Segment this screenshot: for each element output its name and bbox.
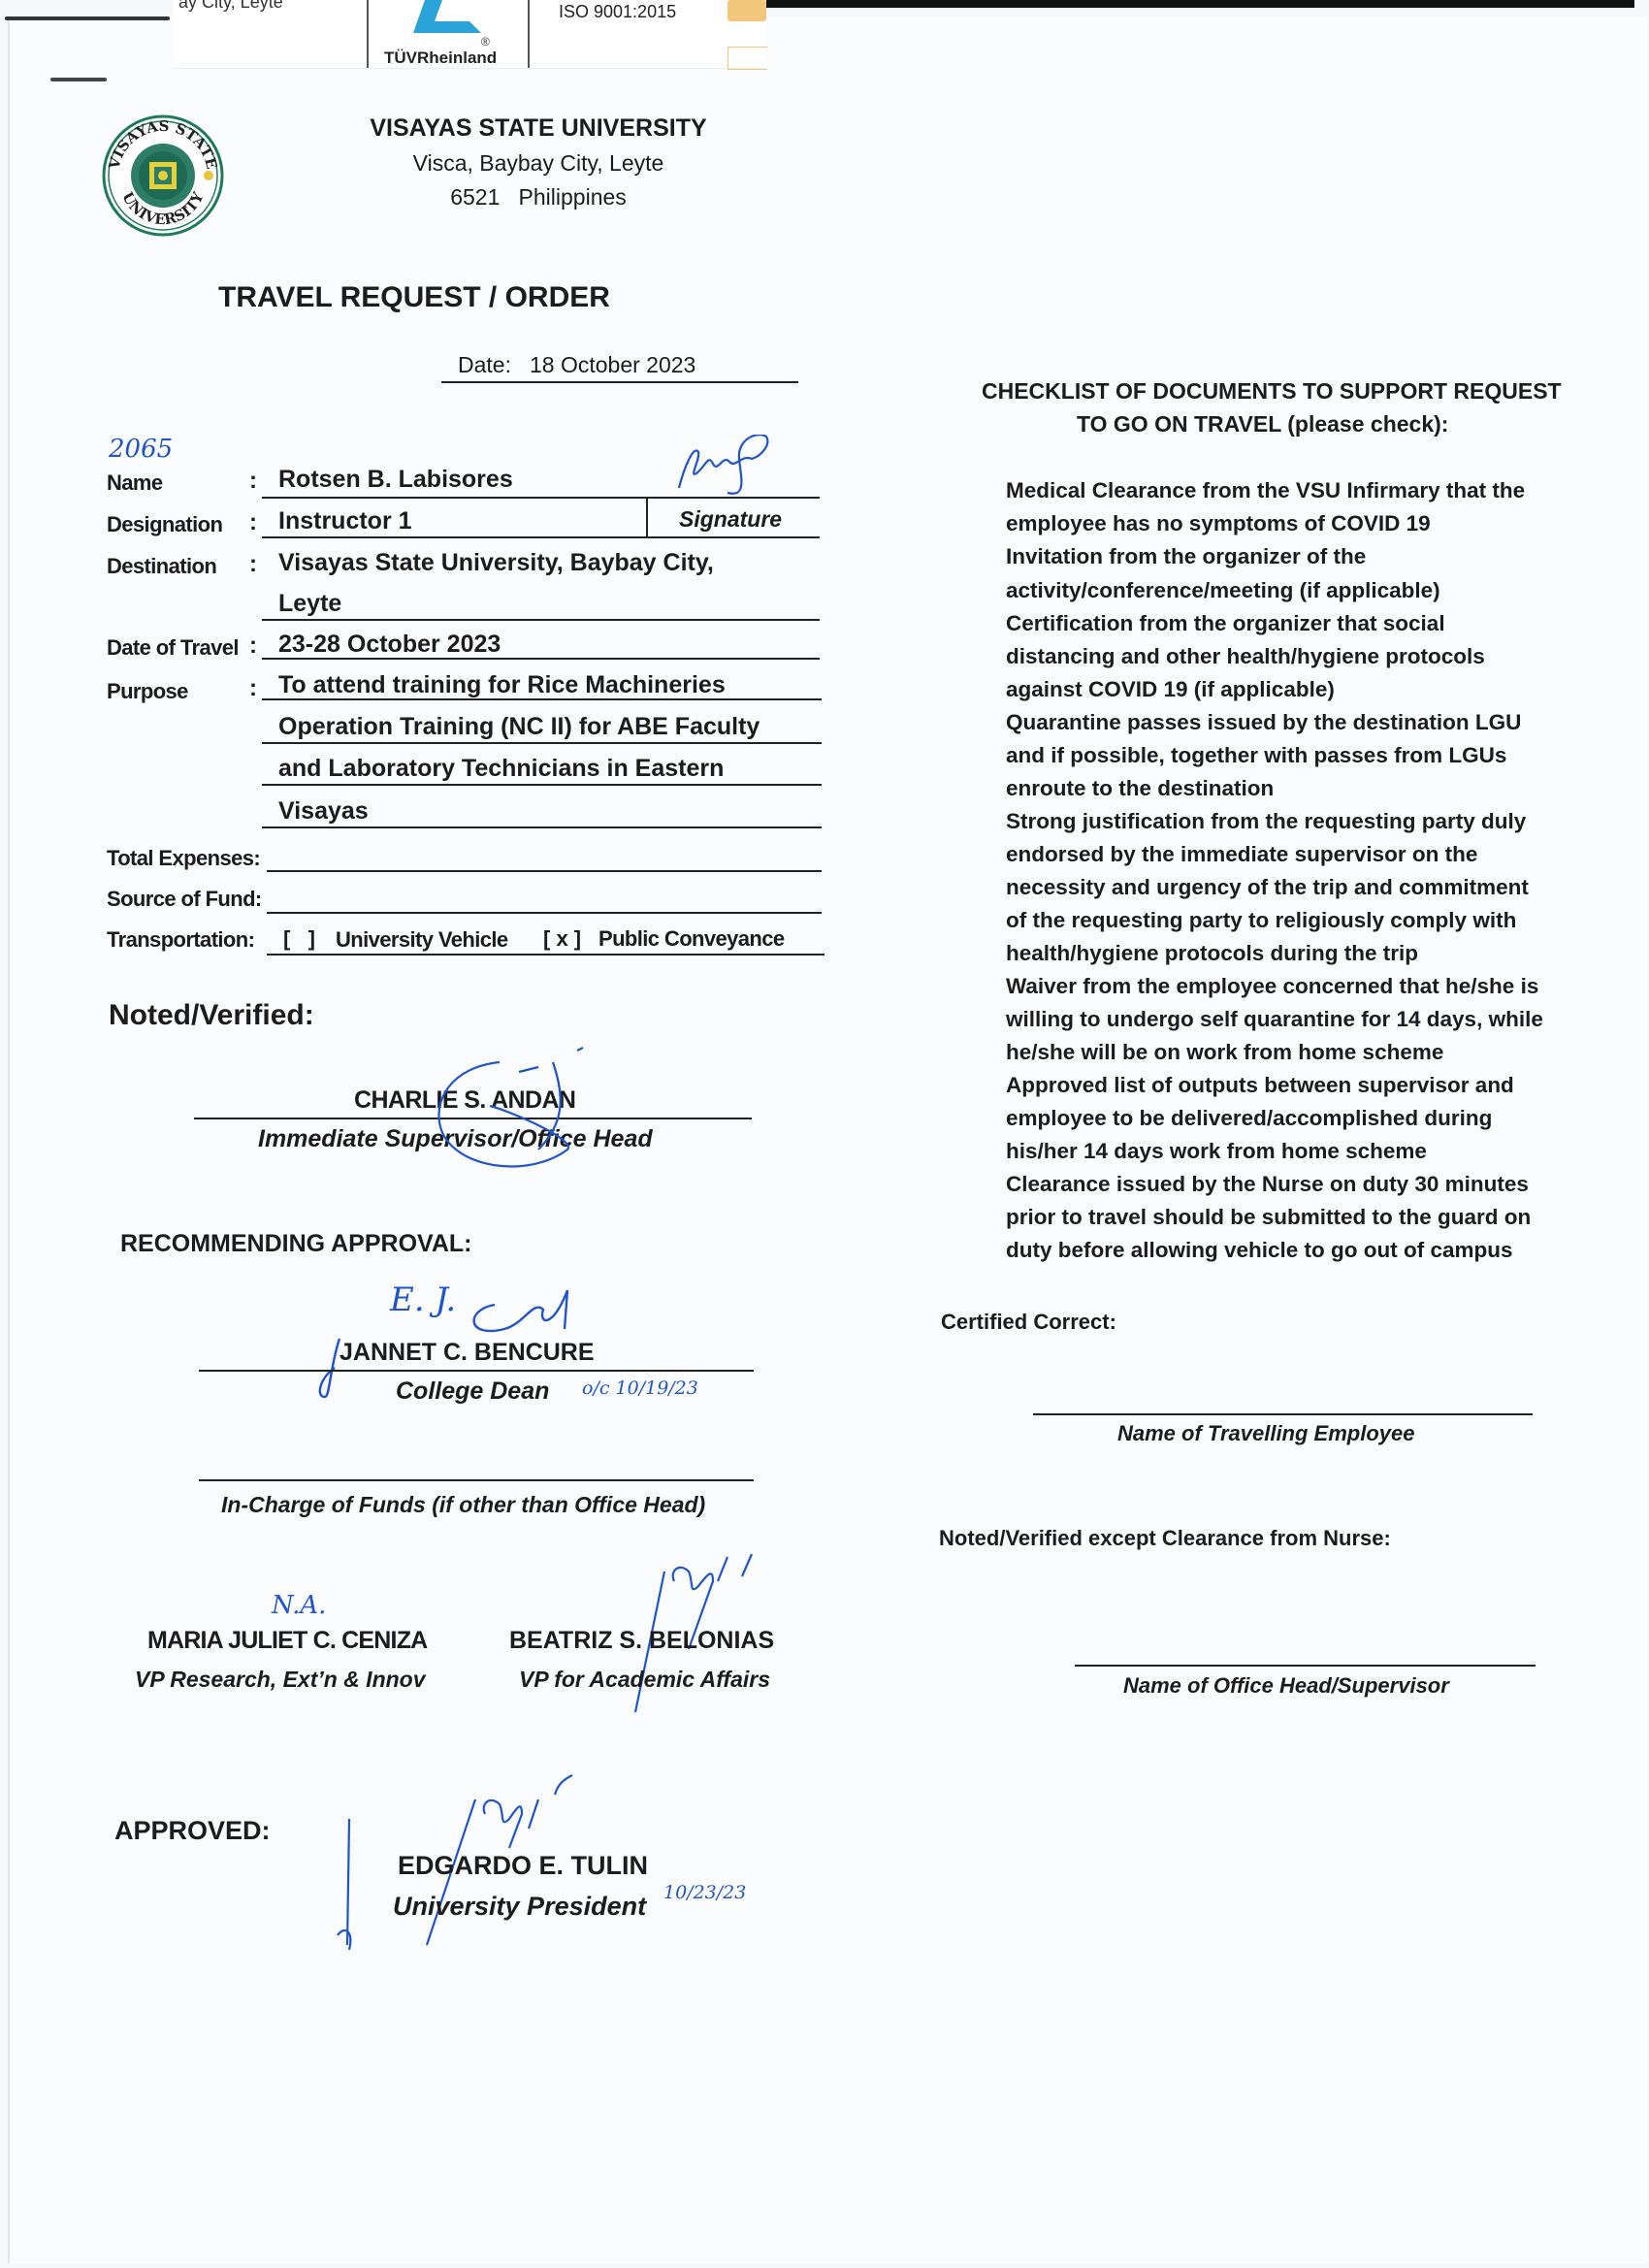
source-of-fund-field[interactable] [267, 912, 822, 914]
employee-signature-icon [669, 435, 786, 502]
university-vehicle-label: University Vehicle [336, 927, 508, 953]
designation-value: Instructor 1 [278, 507, 412, 535]
supervisor-signature-icon [383, 1043, 606, 1198]
checklist-line: distancing and other health/hygiene prot… [1006, 644, 1485, 669]
approved-heading: APPROVED: [114, 1816, 271, 1846]
date-underline [441, 381, 798, 383]
checklist-line: Clearance issued by the Nurse on duty 30… [1006, 1172, 1529, 1197]
total-expenses-label: Total Expenses: [107, 846, 260, 871]
purpose-underline [262, 698, 822, 700]
checklist-line: Approved list of outputs between supervi… [1006, 1073, 1514, 1098]
public-conveyance-checkbox[interactable]: [ x ] [543, 926, 581, 952]
recommending-approval-heading: RECOMMENDING APPROVAL: [120, 1230, 472, 1258]
divider [528, 0, 530, 68]
name-label: Name [107, 470, 163, 496]
dean-name: JANNET C. BENCURE [339, 1339, 595, 1367]
checklist-line: Quarantine passes issued by the destinat… [1006, 710, 1521, 735]
purpose-underline [262, 742, 822, 744]
checklist-line: Medical Clearance from the VSU Infirmary… [1006, 478, 1525, 503]
noted-verified-heading: Noted/Verified: [109, 999, 314, 1032]
handwritten-number: 2065 [109, 435, 173, 464]
purpose-line-2: Operation Training (NC II) for ABE Facul… [278, 713, 760, 741]
vp-academic-role: VP for Academic Affairs [519, 1667, 770, 1693]
dean-signature-line [199, 1370, 754, 1372]
address-line-1: Visca, Baybay City, Leyte [344, 150, 732, 177]
colon: : [249, 509, 257, 536]
checklist-line: against COVID 19 (if applicable) [1006, 677, 1335, 702]
university-seal-icon: VISAYAS STATE UNIVERSITY [101, 113, 225, 238]
transportation-underline [267, 954, 824, 956]
scan-edge [766, 0, 1634, 8]
president-name: EDGARDO E. TULIN [398, 1851, 648, 1881]
name-value: Rotsen B. Labisores [278, 466, 513, 494]
checklist-line: Certification from the organizer that so… [1006, 611, 1445, 636]
vp-academic-name: BEATRIZ S. BELONIAS [509, 1627, 774, 1655]
colon: : [249, 551, 257, 578]
checklist-line: employee to be delivered/accomplished du… [1006, 1106, 1492, 1131]
checklist-line: prior to travel should be submitted to t… [1006, 1205, 1531, 1230]
university-vehicle-checkbox[interactable]: [ ] [283, 926, 315, 952]
dean-annotation: o/c 10/19/23 [582, 1377, 698, 1399]
purpose-line-1: To attend training for Rice Machineries [278, 671, 726, 699]
president-role: University President [393, 1892, 646, 1922]
checklist-line: endorsed by the immediate supervisor on … [1006, 842, 1477, 867]
partial-address: ay City, Leyte [178, 0, 283, 13]
funds-role: In-Charge of Funds (if other than Office… [221, 1492, 705, 1518]
vp-research-role: VP Research, Ext’n & Innov [135, 1667, 426, 1693]
checklist-line: his/her 14 days work from home scheme [1006, 1139, 1427, 1164]
checklist-line: enroute to the destination [1006, 776, 1274, 801]
certified-correct-heading: Certified Correct: [941, 1310, 1116, 1335]
destination-line-1: Visayas State University, Baybay City, [278, 549, 714, 577]
destination-label: Destination [107, 554, 216, 579]
checklist-line: Strong justification from the requesting… [1006, 809, 1526, 834]
office-head-signature-line [1075, 1665, 1536, 1667]
date-of-travel-value: 23-28 October 2023 [278, 631, 501, 659]
checklist-line: Waiver from the employee concerned that … [1006, 974, 1538, 999]
purpose-line-3: and Laboratory Technicians in Eastern [278, 755, 724, 783]
tab-marker [727, 47, 767, 70]
dean-role: College Dean [396, 1377, 549, 1406]
checklist-line: and if possible, together with passes fr… [1006, 743, 1506, 768]
checklist-line: duty before allowing vehicle to go out o… [1006, 1238, 1513, 1263]
tab-marker [727, 0, 766, 21]
destination-line-2: Leyte [278, 590, 341, 618]
form-title: TRAVEL REQUEST / ORDER [218, 281, 610, 314]
travelling-employee-label: Name of Travelling Employee [1117, 1421, 1414, 1446]
date-label: Date: [458, 352, 511, 378]
iso-certification: ISO 9001:2015 [559, 2, 676, 22]
signature-divider [646, 497, 648, 536]
tuv-triangle-icon [405, 0, 489, 35]
vp-research-name: MARIA JULIET C. CENIZA [147, 1627, 427, 1655]
checklist-line: activity/conference/meeting (if applicab… [1006, 578, 1440, 603]
date-of-travel-underline [262, 658, 820, 660]
registered-mark: ® [481, 35, 490, 49]
source-of-fund-label: Source of Fund: [107, 887, 262, 912]
checklist-line: necessity and urgency of the trip and co… [1006, 875, 1529, 900]
checklist-line: willing to undergo self quarantine for 1… [1006, 1007, 1543, 1032]
address-line-2: 6521 Philippines [344, 184, 732, 211]
transportation-label: Transportation: [107, 927, 254, 953]
university-name: VISAYAS STATE UNIVERSITY [344, 114, 732, 143]
date-of-travel-label: Date of Travel [107, 635, 239, 661]
vp-research-annotation: N.A. [272, 1591, 326, 1620]
public-conveyance-label: Public Conveyance [598, 926, 785, 952]
staple [50, 78, 107, 81]
designation-label: Designation [107, 512, 222, 537]
colon: : [249, 468, 257, 495]
purpose-label: Purpose [107, 679, 188, 704]
travelling-employee-signature-line [1033, 1413, 1533, 1415]
letterhead-strip: ay City, Leyte ® TÜVRheinland ISO 9001:2… [173, 0, 766, 69]
checklist-line: employee has no symptoms of COVID 19 [1006, 511, 1431, 536]
staple [5, 16, 170, 20]
certifier-name: TÜVRheinland [384, 49, 497, 68]
purpose-line-4: Visayas [278, 797, 369, 826]
purpose-underline [262, 784, 822, 786]
checklist-heading-line-1: CHECKLIST OF DOCUMENTS TO SUPPORT REQUES… [982, 378, 1562, 405]
checklist-line: Invitation from the organizer of the [1006, 544, 1366, 569]
colon: : [249, 675, 257, 702]
colon: : [249, 632, 257, 660]
checklist-heading-line-2: TO GO ON TRAVEL (please check): [1077, 411, 1448, 437]
signature-label: Signature [679, 506, 782, 533]
president-annotation: 10/23/23 [663, 1882, 746, 1903]
divider [367, 0, 369, 68]
noted-except-heading: Noted/Verified except Clearance from Nur… [939, 1526, 1391, 1551]
checklist-line: health/hygiene protocols during the trip [1006, 941, 1418, 966]
funds-signature-line [199, 1479, 754, 1481]
total-expenses-field[interactable] [267, 870, 822, 872]
checklist-line: he/she will be on work from home scheme [1006, 1040, 1443, 1065]
designation-underline [262, 536, 820, 538]
destination-underline [262, 619, 820, 621]
date-value: 18 October 2023 [530, 352, 695, 378]
purpose-underline [262, 826, 822, 828]
checklist-line: of the requesting party to religiously c… [1006, 908, 1516, 933]
office-head-label: Name of Office Head/Supervisor [1123, 1673, 1449, 1699]
